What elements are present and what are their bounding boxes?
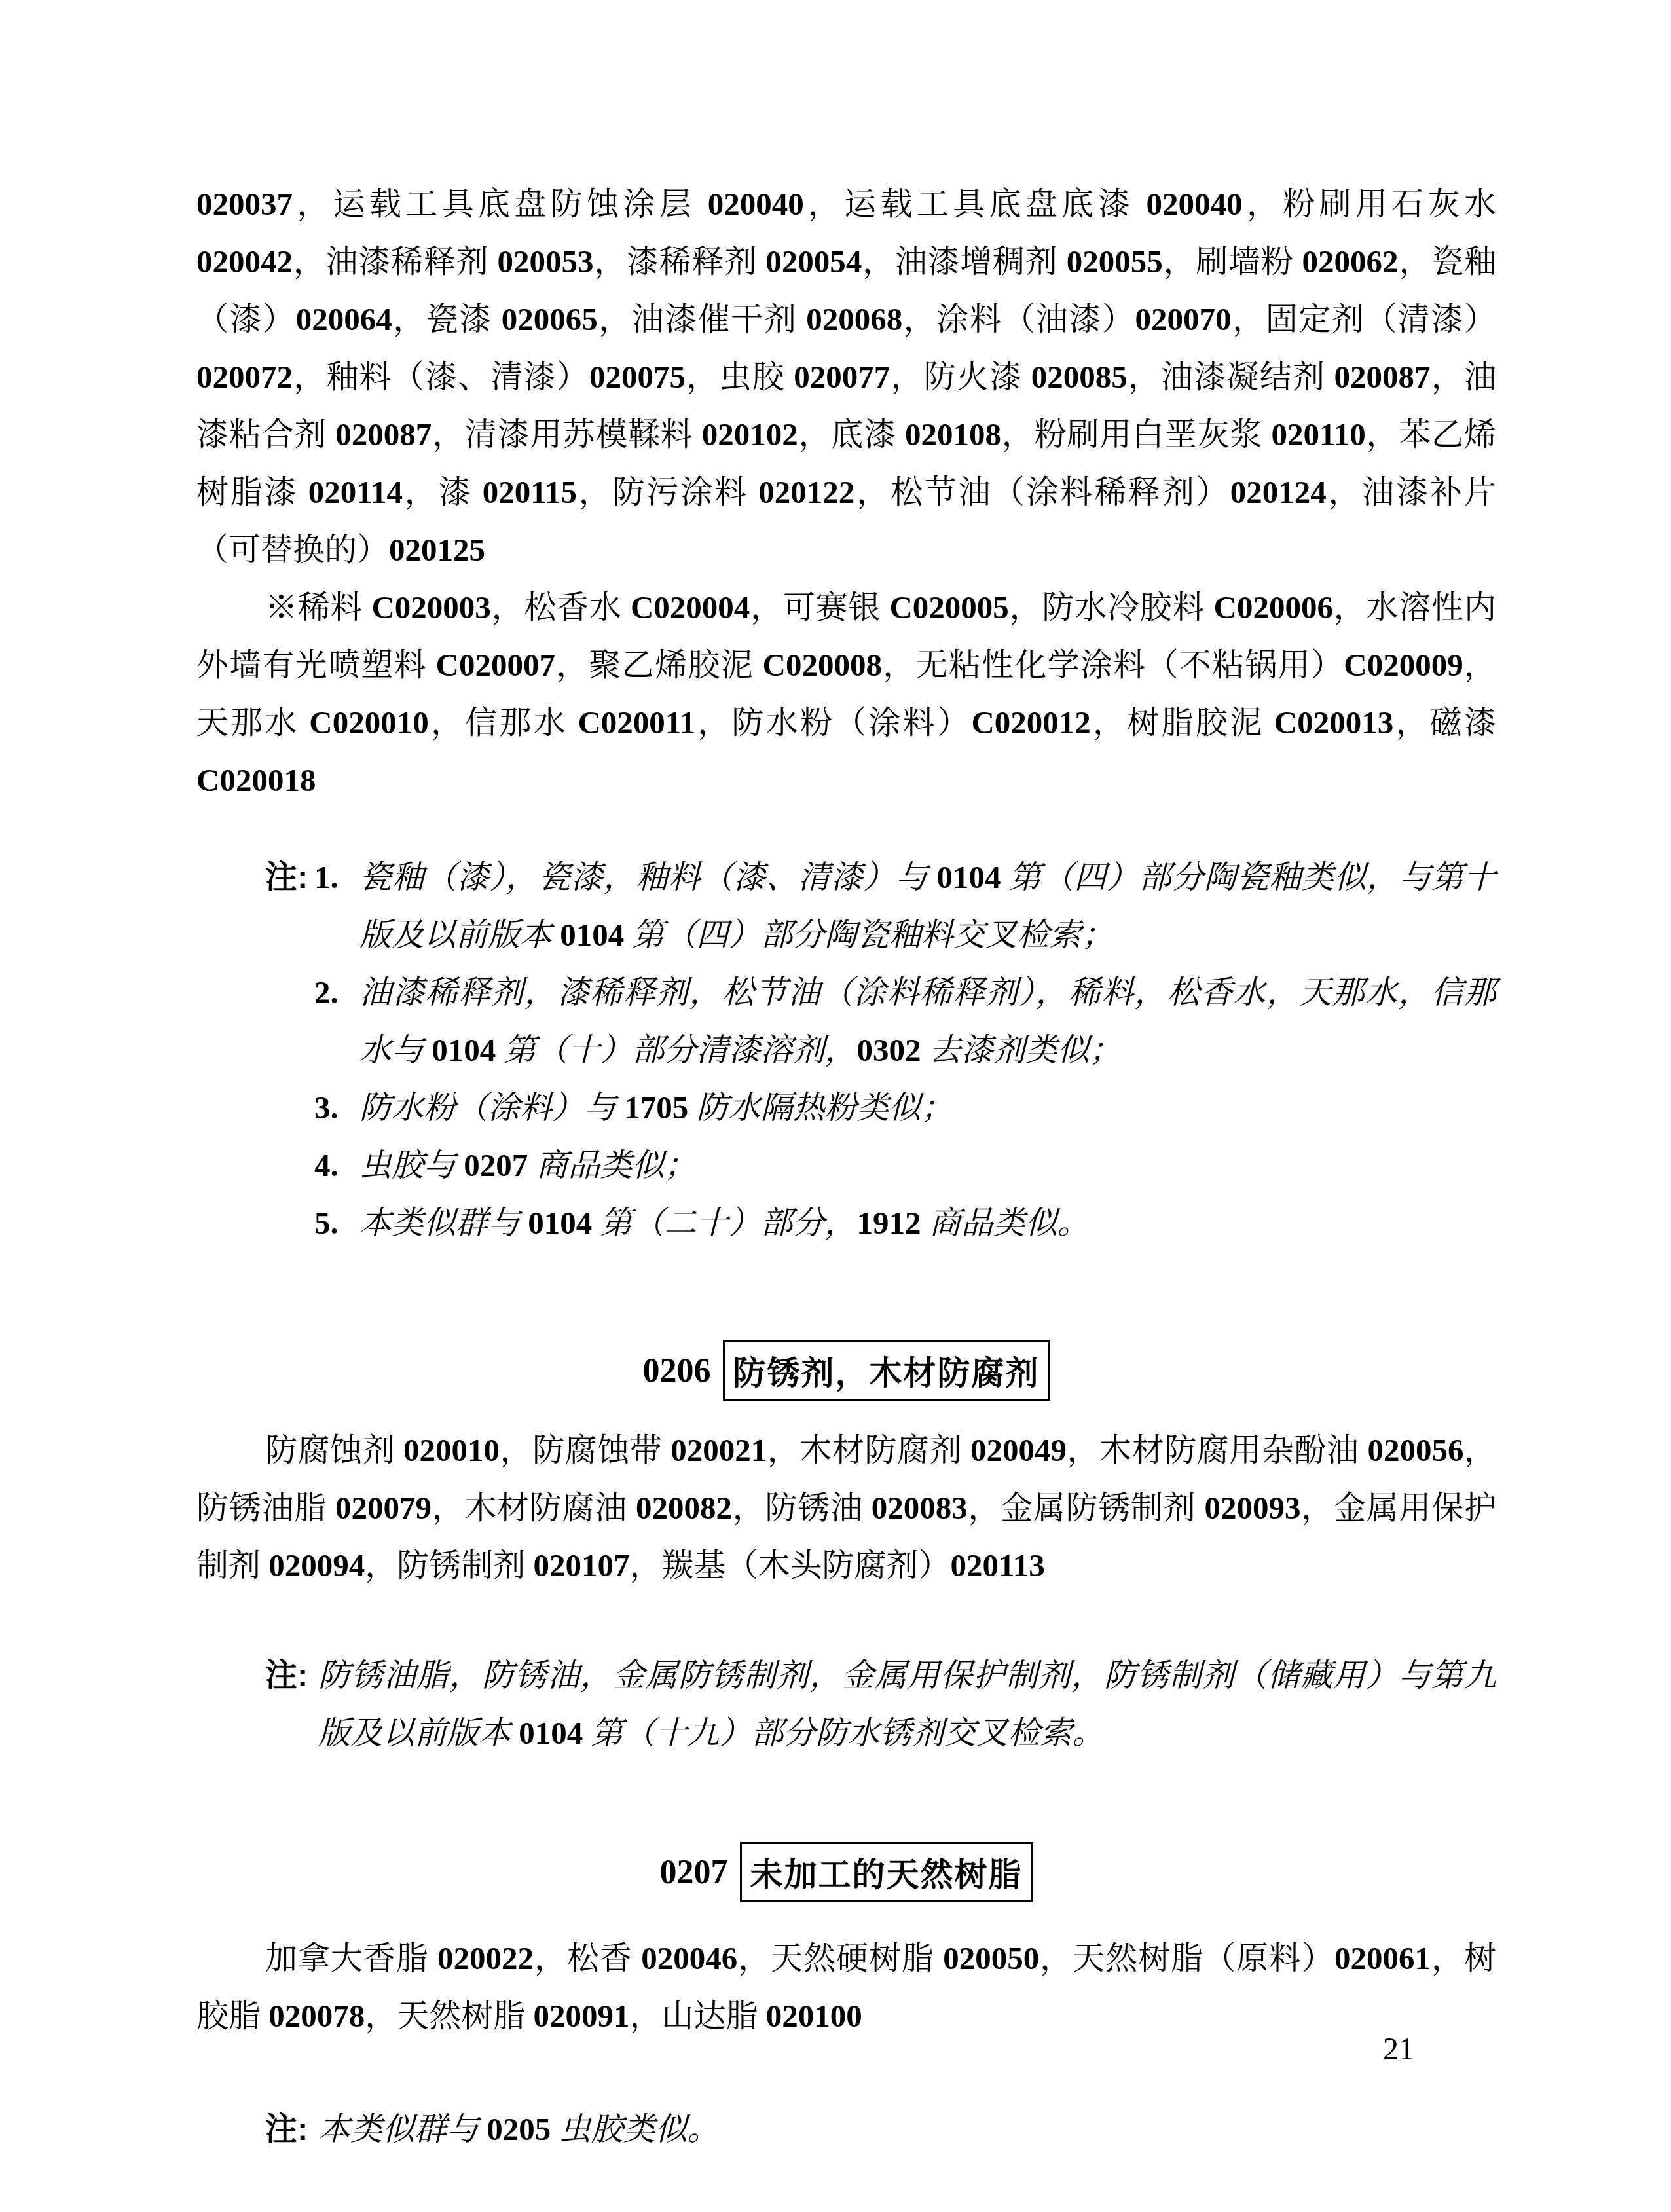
note-item-text: 瓷釉（漆），瓷漆，釉料（漆、清漆）与 0104 第（四）部分陶瓷釉类似，与第十版…	[359, 849, 1496, 964]
section-code: 0206	[643, 1352, 711, 1390]
note-item: 3. 防水粉（涂料）与 1705 防水隔热粉类似；	[265, 1079, 1496, 1137]
note-item-text: 防锈油脂，防锈油，金属防锈制剂，金属用保护制剂，防锈制剂（储藏用）与第九版及以前…	[318, 1647, 1496, 1762]
note-item: 2. 油漆稀释剂，漆稀释剂，松节油（涂料稀释剂），稀料，松香水，天那水，信那水与…	[265, 964, 1496, 1079]
note-item: 注: 1. 瓷釉（漆），瓷漆，釉料（漆、清漆）与 0104 第（四）部分陶瓷釉类…	[265, 849, 1496, 964]
note-item: 注: 本类似群与 0205 虫胶类似。	[265, 2101, 1496, 2158]
document-body: 020037，运载工具底盘防蚀涂层 020040，运载工具底盘底漆 020040…	[196, 175, 1496, 2158]
note-item-text: 本类似群与 0205 虫胶类似。	[318, 2101, 1496, 2158]
section-title-box: 未加工的天然树脂	[740, 1842, 1033, 1902]
section-heading-0206: 0206 防锈剂，木材防腐剂	[196, 1340, 1496, 1401]
note-label-spacer	[265, 964, 314, 1079]
note-label: 注:	[265, 849, 314, 964]
note-item-text: 虫胶与 0207 商品类似；	[359, 1137, 1496, 1194]
section-heading-0207: 0207 未加工的天然树脂	[196, 1842, 1496, 1902]
paragraph-0206-goods: 防腐蚀剂 020010，防腐蚀带 020021，木材防腐剂 020049，木材防…	[196, 1422, 1496, 1594]
note-block-0206: 注: 防锈油脂，防锈油，金属防锈制剂，金属用保护制剂，防锈制剂（储藏用）与第九版…	[265, 1647, 1496, 1762]
note-item-text: 本类似群与 0104 第（二十）部分，1912 商品类似。	[359, 1194, 1496, 1252]
note-item-number: 2.	[314, 964, 359, 1079]
note-block-0207: 注: 本类似群与 0205 虫胶类似。	[265, 2101, 1496, 2158]
note-item-text: 油漆稀释剂，漆稀释剂，松节油（涂料稀释剂），稀料，松香水，天那水，信那水与 01…	[359, 964, 1496, 1079]
section-code: 0207	[660, 1853, 728, 1892]
note-item: 5. 本类似群与 0104 第（二十）部分，1912 商品类似。	[265, 1194, 1496, 1252]
note-label: 注:	[265, 1647, 318, 1762]
note-item-number: 3.	[314, 1079, 359, 1137]
note-item: 注: 防锈油脂，防锈油，金属防锈制剂，金属用保护制剂，防锈制剂（储藏用）与第九版…	[265, 1647, 1496, 1762]
paragraph-class02-goods: 020037，运载工具底盘防蚀涂层 020040，运载工具底盘底漆 020040…	[196, 175, 1496, 579]
paragraph-class02-c-goods: ※稀料 C020003，松香水 C020004，可赛银 C020005，防水冷胶…	[196, 579, 1496, 809]
note-label-spacer	[265, 1079, 314, 1137]
note-item-number: 5.	[314, 1194, 359, 1252]
note-label-spacer	[265, 1137, 314, 1194]
paragraph-0207-goods: 加拿大香脂 020022，松香 020046，天然硬树脂 020050，天然树脂…	[196, 1930, 1496, 2045]
note-block-0205: 注: 1. 瓷釉（漆），瓷漆，釉料（漆、清漆）与 0104 第（四）部分陶瓷釉类…	[265, 849, 1496, 1252]
page-number: 21	[1383, 2031, 1414, 2067]
note-item-number: 4.	[314, 1137, 359, 1194]
note-label: 注:	[265, 2101, 318, 2158]
note-item-text: 防水粉（涂料）与 1705 防水隔热粉类似；	[359, 1079, 1496, 1137]
note-item-number: 1.	[314, 849, 359, 964]
note-item: 4. 虫胶与 0207 商品类似；	[265, 1137, 1496, 1194]
note-label-spacer	[265, 1194, 314, 1252]
section-title-box: 防锈剂，木材防腐剂	[723, 1340, 1050, 1401]
